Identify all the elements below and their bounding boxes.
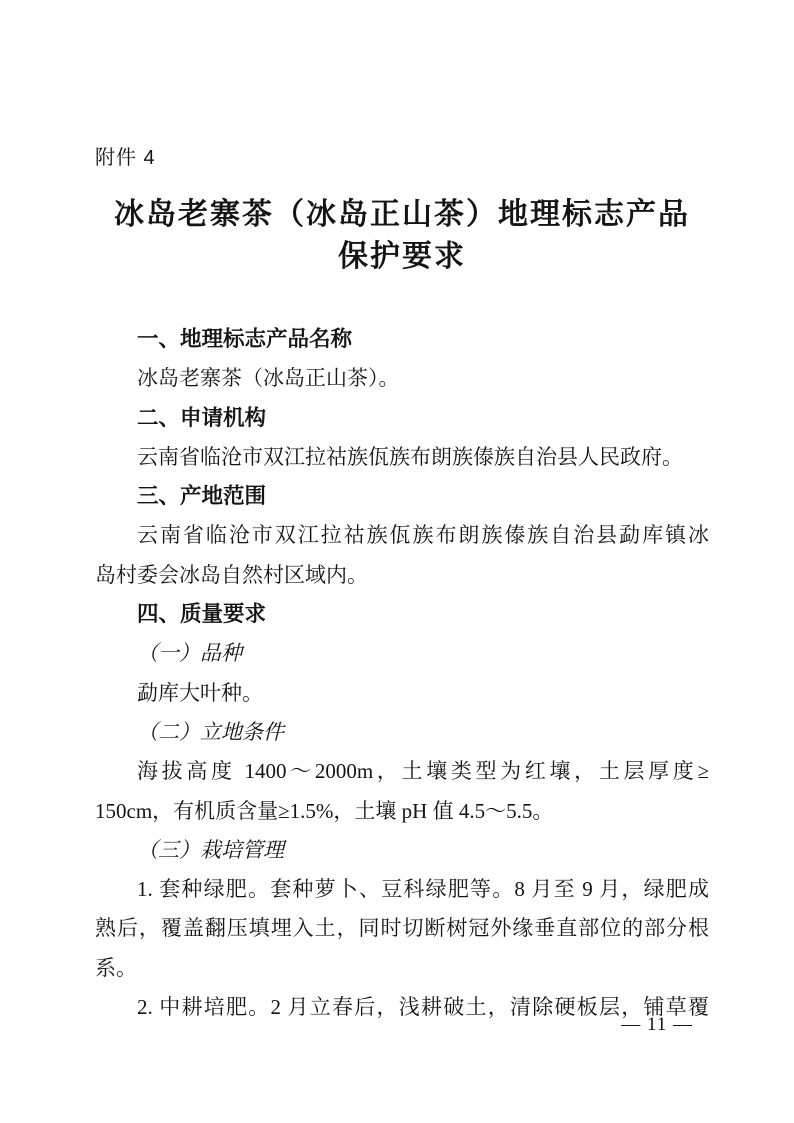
text-line: 勐库大叶种。: [95, 674, 709, 713]
text-line: 三、产地范围: [95, 477, 709, 516]
document-title: 冰岛老寨茶（冰岛正山茶）地理标志产品 保护要求: [95, 194, 709, 278]
text-line: 系。: [95, 949, 709, 988]
document-page: 附件 4 冰岛老寨茶（冰岛正山茶）地理标志产品 保护要求 一、地理标志产品名称冰…: [0, 0, 794, 1123]
document-body: 一、地理标志产品名称冰岛老寨茶（冰岛正山茶）。二、申请机构云南省临沧市双江拉祜族…: [95, 320, 709, 1027]
text-line: 熟后，覆盖翻压填埋入土，同时切断树冠外缘垂直部位的部分根: [95, 909, 709, 948]
attachment-label: 附件 4: [95, 144, 709, 172]
text-line: 150cm，有机质含量≥1.5%，土壤 pH 值 4.5～5.5。: [95, 792, 709, 831]
text-line: 1. 套种绿肥。套种萝卜、豆科绿肥等。8 月至 9 月，绿肥成: [95, 870, 709, 909]
text-line: 海拔高度 1400～2000m，土壤类型为红壤，土层厚度≥: [95, 752, 709, 791]
text-line: 云南省临沧市双江拉祜族佤族布朗族傣族自治县勐库镇冰: [95, 516, 709, 555]
text-line: （二）立地条件: [95, 713, 709, 752]
text-line: （一）品种: [95, 634, 709, 673]
title-line-1: 冰岛老寨茶（冰岛正山茶）地理标志产品: [95, 194, 709, 236]
page-number: — 11 —: [621, 1012, 693, 1038]
text-line: 二、申请机构: [95, 399, 709, 438]
text-line: 冰岛老寨茶（冰岛正山茶）。: [95, 359, 709, 398]
text-line: 岛村委会冰岛自然村区域内。: [95, 556, 709, 595]
title-line-2: 保护要求: [95, 236, 709, 278]
text-line: 云南省临沧市双江拉祜族佤族布朗族傣族自治县人民政府。: [95, 438, 709, 477]
text-line: 一、地理标志产品名称: [95, 320, 709, 359]
document-content: 附件 4 冰岛老寨茶（冰岛正山茶）地理标志产品 保护要求 一、地理标志产品名称冰…: [95, 144, 709, 1027]
text-line: （三）栽培管理: [95, 831, 709, 870]
text-line: 2. 中耕培肥。2 月立春后，浅耕破土，清除硬板层，铺草覆: [95, 988, 709, 1027]
text-line: 四、质量要求: [95, 595, 709, 634]
